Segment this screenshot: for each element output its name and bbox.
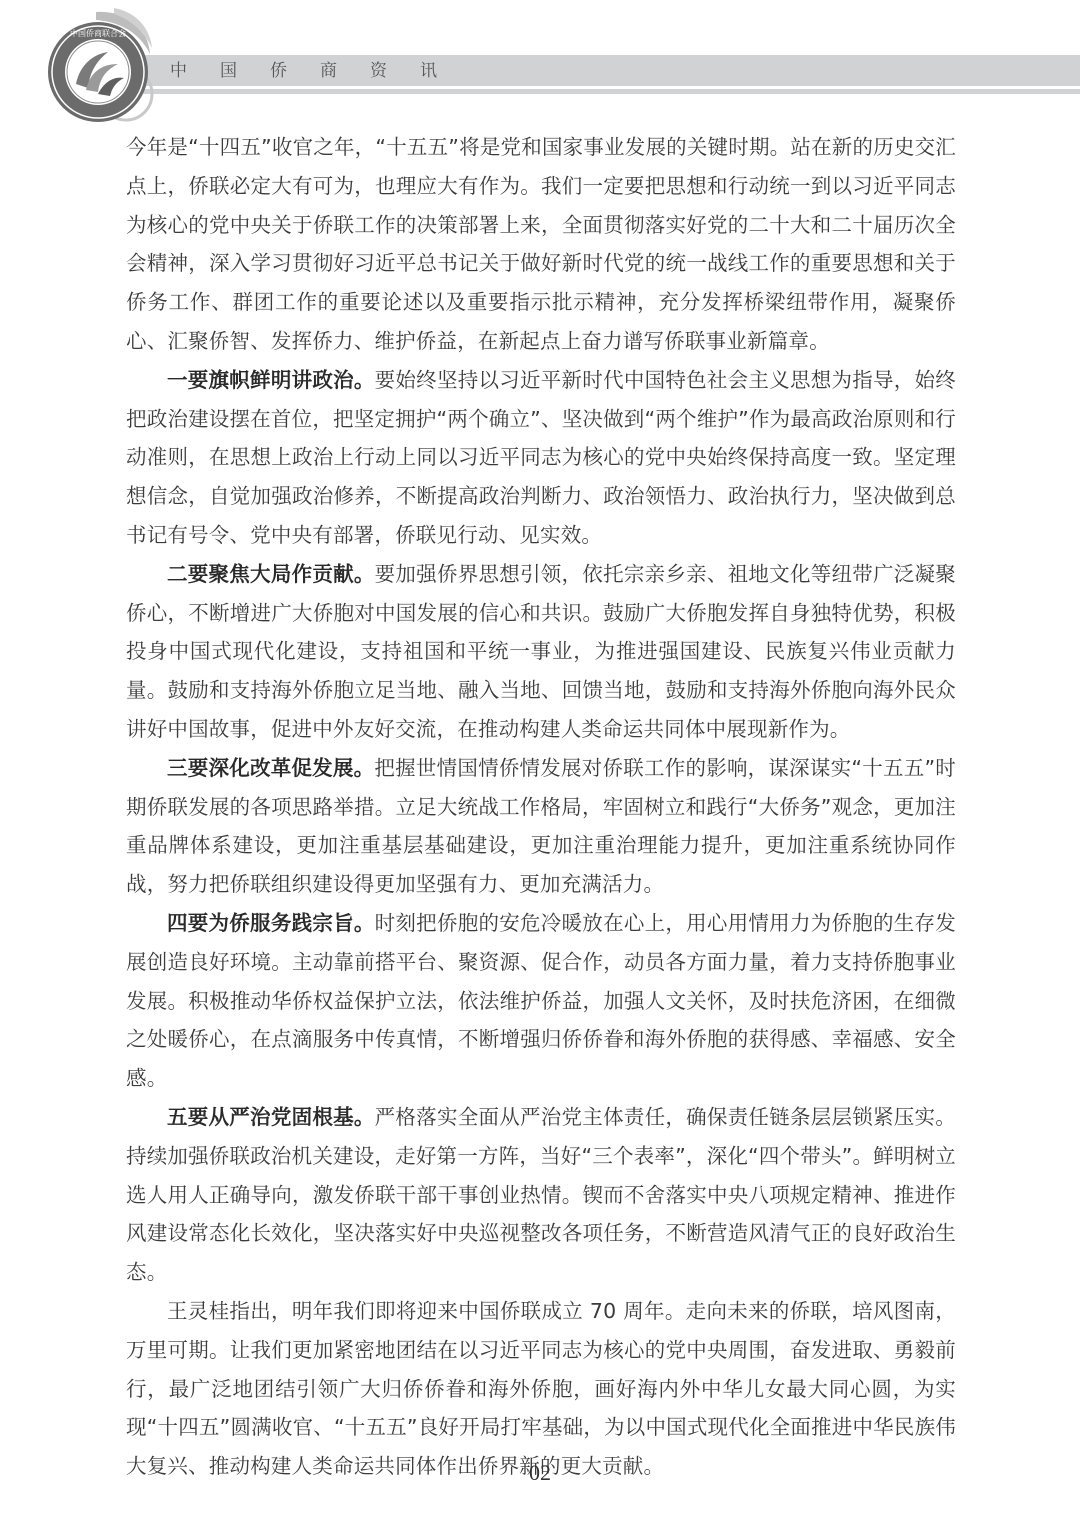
paragraph-lead: 二要聚焦大局作贡献。 bbox=[167, 562, 375, 586]
paragraph-text: 时刻把侨胞的安危冷暖放在心上，用心用情用力为侨胞的生存发展创造良好环境。主动靠前… bbox=[126, 911, 956, 1090]
article-paragraph-point-5: 五要从严治党固根基。严格落实全面从严治党主体责任，确保责任链条层层锁紧压实。持续… bbox=[126, 1098, 956, 1292]
publication-title-char: 国 bbox=[220, 58, 270, 84]
organization-logo: 中国侨商联合会 bbox=[44, 8, 156, 124]
logo-emblem-icon: 中国侨商联合会 bbox=[44, 8, 156, 124]
publication-title-char: 中 bbox=[170, 58, 220, 84]
publication-title-char: 侨 bbox=[270, 58, 320, 84]
paragraph-lead: 四要为侨服务践宗旨。 bbox=[167, 911, 375, 935]
article-paragraph-point-2: 二要聚焦大局作贡献。要加强侨界思想引领，依托宗亲乡亲、祖地文化等纽带广泛凝聚侨心… bbox=[126, 555, 956, 749]
paragraph-text: 严格落实全面从严治党主体责任，确保责任链条层层锁紧压实。持续加强侨联政治机关建设… bbox=[126, 1105, 956, 1284]
article-paragraph-point-4: 四要为侨服务践宗旨。时刻把侨胞的安危冷暖放在心上，用心用情用力为侨胞的生存发展创… bbox=[126, 904, 956, 1098]
paragraph-lead: 三要深化改革促发展。 bbox=[167, 756, 374, 780]
article-paragraph-point-1: 一要旗帜鲜明讲政治。要始终坚持以习近平新时代中国特色社会主义思想为指导，始终把政… bbox=[126, 361, 956, 555]
article-paragraph-conclusion: 王灵桂指出，明年我们即将迎来中国侨联成立 70 周年。走向未来的侨联，培风图南，… bbox=[126, 1292, 956, 1486]
paragraph-lead: 一要旗帜鲜明讲政治。 bbox=[167, 368, 375, 392]
publication-title-char: 讯 bbox=[420, 58, 470, 84]
publication-title-char: 商 bbox=[320, 58, 370, 84]
page-number: 02 bbox=[0, 1460, 1080, 1486]
paragraph-text: 王灵桂指出，明年我们即将迎来中国侨联成立 70 周年。走向未来的侨联，培风图南，… bbox=[126, 1299, 956, 1478]
publication-title-char: 资 bbox=[370, 58, 420, 84]
paragraph-text: 今年是“十四五”收官之年，“十五五”将是党和国家事业发展的关键时期。站在新的历史… bbox=[126, 135, 956, 353]
paragraph-text: 要始终坚持以习近平新时代中国特色社会主义思想为指导，始终把政治建设摆在首位，把坚… bbox=[126, 368, 956, 547]
paragraph-lead: 五要从严治党固根基。 bbox=[167, 1105, 375, 1129]
paragraph-text: 要加强侨界思想引领，依托宗亲乡亲、祖地文化等纽带广泛凝聚侨心，不断增进广大侨胞对… bbox=[126, 562, 956, 741]
article-body: 今年是“十四五”收官之年，“十五五”将是党和国家事业发展的关键时期。站在新的历史… bbox=[126, 128, 956, 1486]
article-paragraph-intro: 今年是“十四五”收官之年，“十五五”将是党和国家事业发展的关键时期。站在新的历史… bbox=[126, 128, 956, 361]
svg-text:中国侨商联合会: 中国侨商联合会 bbox=[70, 28, 126, 38]
publication-title: 中 国 侨 商 资 讯 bbox=[170, 58, 470, 84]
article-paragraph-point-3: 三要深化改革促发展。把握世情国情侨情发展对侨联工作的影响，谋深谋实“十五五”时期… bbox=[126, 749, 956, 904]
header-divider-line bbox=[140, 89, 1080, 94]
